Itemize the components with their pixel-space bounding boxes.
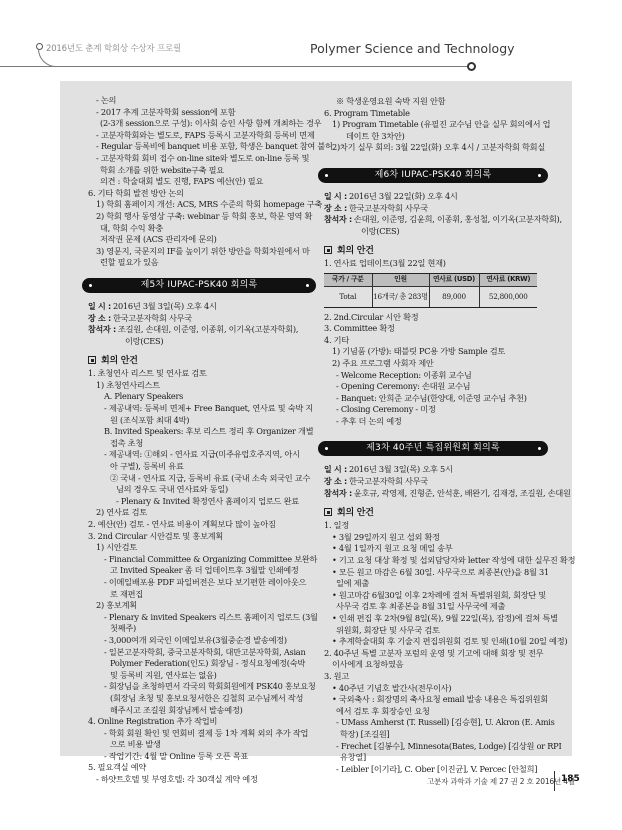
meeting6-agenda-heading: 회의 안건 bbox=[324, 245, 548, 258]
place-value: 한국고분자학회 사무국 bbox=[349, 203, 428, 215]
meeting6-date-row: 일 시 : 2016년 3월 22일(화) 오후 4시 bbox=[324, 191, 548, 203]
date-label: 일 시 : bbox=[324, 464, 349, 476]
attendees-continued: 이랑(CES) bbox=[324, 226, 548, 238]
attendees-value: 조길원, 손대원, 이준영, 이종휘, 이기옥(고분자학회), bbox=[118, 324, 298, 336]
date-value: 2016년 3월 3일(목) 오후 4시 bbox=[113, 301, 217, 313]
list-item: 저작권 문제 (ACS 관리자에 문의) bbox=[88, 234, 316, 246]
footer-divider bbox=[554, 771, 555, 791]
place-value: 한국고분자학회 사무국 bbox=[113, 313, 192, 325]
list-item: (회장님 초청 및 홍보요청서한은 김철희 교수님께서 작성 bbox=[88, 693, 316, 705]
date-value: 2016년 3월 3일(목) 오후 5시 bbox=[349, 464, 453, 476]
list-item: 1) 기념품 (가방): 태블릿 PC용 가방 Sample 검토 bbox=[324, 346, 548, 358]
list-item: 2) 주요 프로그램 사회자 제안 bbox=[324, 358, 548, 370]
table-row: Total 16개국/ 총 283명 89,000 52,800,000 bbox=[324, 286, 537, 307]
table-cell: 89,000 bbox=[429, 286, 479, 307]
meeting5-attendees-row: 참석자 : 조길원, 손대원, 이준영, 이종휘, 이기옥(고분자학회), bbox=[88, 324, 316, 336]
list-item: 1) 초청연사리스트 bbox=[88, 380, 316, 392]
bullet-dot-icon bbox=[325, 174, 328, 177]
list-item: 5. 필요객실 예약 bbox=[88, 762, 316, 774]
list-item: ② 국내 - 연사료 지급, 등록비 유료 (국내 소속 외국인 교수 bbox=[88, 473, 316, 485]
bullet-dot-icon bbox=[538, 174, 541, 177]
list-item: • 4월 1일까지 원고 요청 메일 송부 bbox=[324, 543, 548, 555]
list-item: (2-3개 session으로 구성): 이사회 승인 사항 함께 개최하는 경… bbox=[88, 118, 316, 130]
list-item: 에서 검토 후 회장승인 요청 bbox=[324, 706, 548, 718]
list-item: 2) 학회 행사 동영상 구축: webinar 등 학회 홍보, 학문 영역 … bbox=[88, 211, 316, 223]
list-item: - 학회 회원 확인 및 연회비 결제 등 1차 계획 외의 추가 작업 bbox=[88, 728, 316, 740]
list-item: - 작업기간: 4월 말 Online 등록 오픈 목표 bbox=[88, 751, 316, 763]
checkbox-square-icon bbox=[324, 508, 332, 516]
bullet-dot-icon bbox=[306, 284, 309, 287]
date-value: 2016년 3월 22일(화) 오후 4시 bbox=[349, 191, 458, 203]
list-item: - 논의 bbox=[88, 95, 316, 107]
list-item: - 회장님을 초청하면서 각국의 학회회원에게 PSK40 홍보요청 bbox=[88, 681, 316, 693]
list-item: • 기고 요청 대상 확정 및 섭외담당자와 letter 작성에 대한 실무진… bbox=[324, 555, 548, 567]
meeting5-agenda-list: 1. 초청연사 리스트 및 연사료 검토1) 초청연사리스트A. Plenary… bbox=[88, 368, 316, 785]
meeting5-title: 제5차 IUPAC-PSK40 회의록 bbox=[141, 280, 258, 290]
table-header-cell: 연사료 (USD) bbox=[429, 273, 479, 286]
list-item: 아 구별), 등록비 유료 bbox=[88, 461, 316, 473]
list-item: 1) 학회 홈페이지 개선: ACS, MRS 수준의 학회 homepage … bbox=[88, 199, 316, 211]
table-cell: 52,800,000 bbox=[479, 286, 537, 307]
list-item: 1. 일정 bbox=[324, 520, 548, 532]
list-item: • 인쇄 편집 후 2차(9월 8일(목), 9월 22일(목), 잠정)에 걸… bbox=[324, 613, 548, 625]
list-item: 데이트 한 3차안) bbox=[324, 131, 548, 143]
list-item: - 이메일배포용 PDF 파일버전은 보다 보기편한 레이아웃으 bbox=[88, 577, 316, 589]
left-intro-list: - 논의- 2017 추계 고분자학회 session에 포함(2-3개 ses… bbox=[88, 95, 316, 269]
list-item: 6. Program Timetable bbox=[324, 108, 548, 120]
bullet-dot-icon bbox=[538, 447, 541, 450]
list-item: - UMass Amherst (T. Russell) [김승현], U. A… bbox=[324, 717, 548, 729]
special3-agenda-heading: 회의 안건 bbox=[324, 507, 548, 520]
list-item: 1) 시안검토 bbox=[88, 542, 316, 554]
list-item: • 40주년 기념호 발간사(전무이사) bbox=[324, 683, 548, 695]
list-item: 1) Program Timetable (유필진 교수님 안을 실무 회의에서… bbox=[324, 119, 548, 131]
place-label: 장 소 : bbox=[324, 203, 349, 215]
list-item: 학장) [조길원] bbox=[324, 729, 548, 741]
list-item: 3. Committee 확정 bbox=[324, 323, 548, 335]
list-item: 2)차기 실무 회의: 3월 22일(화) 오후 4시 / 고분자학회 학회실 bbox=[324, 142, 548, 154]
list-item: - 일본고분자학회, 중국고분자학회, 대만고분자학회, Asian bbox=[88, 647, 316, 659]
page-number: 185 bbox=[561, 774, 580, 784]
place-value: 한국고분자학회 사무국 bbox=[349, 476, 428, 488]
list-item: 첫째주) bbox=[88, 623, 316, 635]
list-item: 2. 40주년 특별 고분자 포럼의 운영 및 기고에 대해 회장 및 전무 bbox=[324, 648, 548, 660]
special3-banner: 제3차 40주년 특집위원회 회의록 bbox=[318, 441, 548, 456]
list-item: Polymer Federation(인도) 회장님 - 정식요청예정(숙박 bbox=[88, 658, 316, 670]
meeting6-banner: 제6차 IUPAC-PSK40 회의록 bbox=[318, 168, 548, 183]
list-item: 님의 경우도 국내 연사료와 동일) bbox=[88, 484, 316, 496]
list-item: 4. Online Registration 추가 작업비 bbox=[88, 716, 316, 728]
header-end-circle-icon bbox=[467, 62, 476, 71]
list-item: - 2017 추계 고분자학회 session에 포함 bbox=[88, 107, 316, 119]
list-item: 3. 원고 bbox=[324, 671, 548, 683]
list-item: ※ 학생운영요원 숙박 지원 안함 bbox=[324, 96, 548, 108]
content-panel: - 논의- 2017 추계 고분자학회 session에 포함(2-3개 ses… bbox=[60, 81, 572, 756]
list-item: 유창열] bbox=[324, 752, 548, 764]
bullet-dot-icon bbox=[325, 447, 328, 450]
list-item: - Plenary & Invited 확정연사 홈페이지 업로드 완료 bbox=[88, 496, 316, 508]
list-item: 1. 초청연사 리스트 및 연사료 검토 bbox=[88, 368, 316, 380]
list-item: - Financial Committee & Organizing Commi… bbox=[88, 554, 316, 566]
special3-place-row: 장 소 : 한국고분자학회 사무국 bbox=[324, 476, 548, 488]
table-header-cell: 국가 / 구분 bbox=[324, 273, 372, 286]
list-item: • 모든 원고 마감은 6월 30일. 사무국으로 최종본(안)을 8월 31 bbox=[324, 567, 548, 579]
date-label: 일 시 : bbox=[88, 301, 113, 313]
special3-attendees-row: 참석자 : 윤호규, 곽영제, 진형준, 안석훈, 배완기, 김재경, 조길원,… bbox=[324, 488, 548, 500]
list-item: 로 재편집 bbox=[88, 589, 316, 601]
list-item: 2) 연사료 검토 bbox=[88, 507, 316, 519]
meeting6-agenda-list: 2. 2nd.Circular 시안 확정3. Committee 확정4. 기… bbox=[324, 312, 548, 428]
list-item: 사무국 검토 후 최종본을 8월 31일 사무국에 제출 bbox=[324, 601, 548, 613]
list-item: - 고분자학회와는 별도로, FAPS 등록시 고분자학회 등록비 면제 bbox=[88, 130, 316, 142]
list-item: 2. 예산(안) 검토 - 연사료 비용이 계획보다 많이 높아짐 bbox=[88, 519, 316, 531]
checkbox-square-icon bbox=[324, 246, 332, 254]
list-item: 으로 비용 발생 bbox=[88, 739, 316, 751]
meeting5-date-row: 일 시 : 2016년 3월 3일(목) 오후 4시 bbox=[88, 301, 316, 313]
list-item: • 추계학술대회 후 기술지 편집위원회 검토 및 인쇄(10월 20일 예정) bbox=[324, 636, 548, 648]
journal-footer: 고분자 과학과 기술 제 27 권 2 호 2016년 4월 bbox=[427, 776, 575, 787]
list-item: 3. 2nd Circular 시안검토 및 홍보계획 bbox=[88, 531, 316, 543]
list-item: 대, 학회 수익 확충 bbox=[88, 223, 316, 235]
list-item: 원 (조식포함 최대 4박) bbox=[88, 415, 316, 427]
attendees-label: 참석자 : bbox=[324, 214, 354, 226]
list-item: - Closing Ceremony - 미정 bbox=[324, 404, 548, 416]
list-item: 일에 제출 bbox=[324, 578, 548, 590]
list-item: - Plenary & invited Speakers 리스트 홈페이지 업로… bbox=[88, 612, 316, 624]
list-item: B. Invited Speakers: 후보 리스트 정리 후 Organiz… bbox=[88, 426, 316, 438]
place-label: 장 소 : bbox=[324, 476, 349, 488]
table-cell: 16개국/ 총 283명 bbox=[372, 286, 429, 307]
list-item: - 제공내역: ①해외 - 연사료 지급(미주유럽호주지역, 아시 bbox=[88, 449, 316, 461]
special3-date-row: 일 시 : 2016년 3월 3일(목) 오후 5시 bbox=[324, 464, 548, 476]
meeting5-place-row: 장 소 : 한국고분자학회 사무국 bbox=[88, 313, 316, 325]
list-item: A. Plenary Speakers bbox=[88, 391, 316, 403]
list-item: - 제공내역: 등록비 면제+ Free Banquet, 연사료 및 숙박 지 bbox=[88, 403, 316, 415]
meeting5-banner: 제5차 IUPAC-PSK40 회의록 bbox=[82, 278, 316, 293]
list-item: 이사에게 요청하였음 bbox=[324, 659, 548, 671]
table-header-cell: 인원 bbox=[372, 273, 429, 286]
list-item: - Opening Ceremony: 손대원 교수님 bbox=[324, 381, 548, 393]
speaker-fee-table: 국가 / 구분 인원 연사료 (USD) 연사료 (KRW) Total 16개… bbox=[324, 273, 537, 308]
list-item: 학회 소개를 위한 website구축 필요 bbox=[88, 165, 316, 177]
table-cell: Total bbox=[324, 286, 372, 307]
special3-agenda-list: 1. 일정• 3월 29일까지 원고 섭외 확정• 4월 1일까지 원고 요청 … bbox=[324, 520, 548, 775]
left-column: - 논의- 2017 추계 고분자학회 session에 포함(2-3개 ses… bbox=[88, 95, 316, 786]
meeting5-agenda-heading: 회의 안건 bbox=[88, 355, 316, 368]
list-item: - Frechet [김봉수], Minnesota(Bates, Lodge)… bbox=[324, 741, 548, 753]
meeting6-title: 제6차 IUPAC-PSK40 회의록 bbox=[375, 170, 492, 180]
list-item: 4. 기타 bbox=[324, 335, 548, 347]
checkbox-square-icon bbox=[88, 356, 96, 364]
list-item: 련할 필요가 있음 bbox=[88, 257, 316, 269]
agenda-item: 1. 연사료 업데이트(3월 22일 현재) bbox=[324, 258, 548, 270]
list-item: - Leibler [이기라], C. Ober [이진균], V. Perce… bbox=[324, 764, 548, 776]
list-item: 2. 2nd.Circular 시안 확정 bbox=[324, 312, 548, 324]
list-item: - 추후 더 논의 예정 bbox=[324, 416, 548, 428]
attendees-value: 윤호규, 곽영제, 진형준, 안석훈, 배완기, 김재경, 조길원, 손대원 bbox=[354, 488, 571, 500]
list-item: • 원고마감 6월30일 이후 2차례에 걸쳐 특별위원회, 회장단 및 bbox=[324, 590, 548, 602]
header-rule bbox=[0, 66, 467, 67]
meeting6-place-row: 장 소 : 한국고분자학회 사무국 bbox=[324, 203, 548, 215]
list-item: - Welcome Reception: 이종휘 교수님 bbox=[324, 370, 548, 382]
list-item: 위원회, 회장단 및 사무국 검토 bbox=[324, 625, 548, 637]
meeting6-attendees-row: 참석자 : 손대원, 이준영, 김윤희, 이종휘, 홍성철, 이기옥(고분자학회… bbox=[324, 214, 548, 226]
list-item: 6. 기타 학회 발전 방안 논의 bbox=[88, 188, 316, 200]
table-header-row: 국가 / 구분 인원 연사료 (USD) 연사료 (KRW) bbox=[324, 273, 537, 286]
list-item: - 하얏트호텔 및 부영호텔: 각 30객실 계약 예정 bbox=[88, 774, 316, 786]
list-item: - 고분자학회 회비 접수 on-line site와 별도로 on-line … bbox=[88, 153, 316, 165]
table-header-cell: 연사료 (KRW) bbox=[479, 273, 537, 286]
place-label: 장 소 : bbox=[88, 313, 113, 325]
bullet-dot-icon bbox=[89, 284, 92, 287]
list-item: 2) 홍보계획 bbox=[88, 600, 316, 612]
list-item: - Banquet: 안희준 교수님(한양대, 이준영 교수님 추천) bbox=[324, 393, 548, 405]
list-item: 및 등록비 지원, 연사료는 없음) bbox=[88, 670, 316, 682]
running-header-journal: Polymer Science and Technology bbox=[310, 41, 515, 56]
attendees-label: 참석자 : bbox=[324, 488, 354, 500]
list-item: 3) 영문지, 국문지의 IF를 높이기 위한 방안을 학회차원에서 마 bbox=[88, 246, 316, 258]
running-header-left: 2016년도 춘계 학회상 수상자 프로필 bbox=[46, 42, 181, 54]
attendees-value: 손대원, 이준영, 김윤희, 이종휘, 홍성철, 이기옥(고분자학회), bbox=[354, 214, 562, 226]
attendees-continued: 이랑(CES) bbox=[88, 336, 316, 348]
right-intro-list: ※ 학생운영요원 숙박 지원 안함6. Program Timetable1) … bbox=[324, 96, 548, 154]
special3-title: 제3차 40주년 특집위원회 회의록 bbox=[366, 443, 500, 453]
list-item: 해주시고 조길원 회장님께서 발송예정) bbox=[88, 705, 316, 717]
list-item: 의견 : 학술대회 별도 진행, FAPS 예산(안) 필요 bbox=[88, 176, 316, 188]
list-item: 접촉 초청 bbox=[88, 438, 316, 450]
list-item: 고 Invited Speaker 좀 더 업데이트후 3월말 인쇄예정 bbox=[88, 565, 316, 577]
list-item: • 국외축사 : 회장명의 축사요청 email 발송 내용은 특집위원회 bbox=[324, 694, 548, 706]
list-item: - 3,000여개 외국인 이메일보유(3월중순경 발송예정) bbox=[88, 635, 316, 647]
list-item: - Regular 등록비에 banquet 비용 포함, 학생은 banque… bbox=[88, 141, 316, 153]
date-label: 일 시 : bbox=[324, 191, 349, 203]
list-item: • 3월 29일까지 원고 섭외 확정 bbox=[324, 532, 548, 544]
attendees-label: 참석자 : bbox=[88, 324, 118, 336]
right-column: ※ 학생운영요원 숙박 지원 안함6. Program Timetable1) … bbox=[324, 96, 548, 775]
